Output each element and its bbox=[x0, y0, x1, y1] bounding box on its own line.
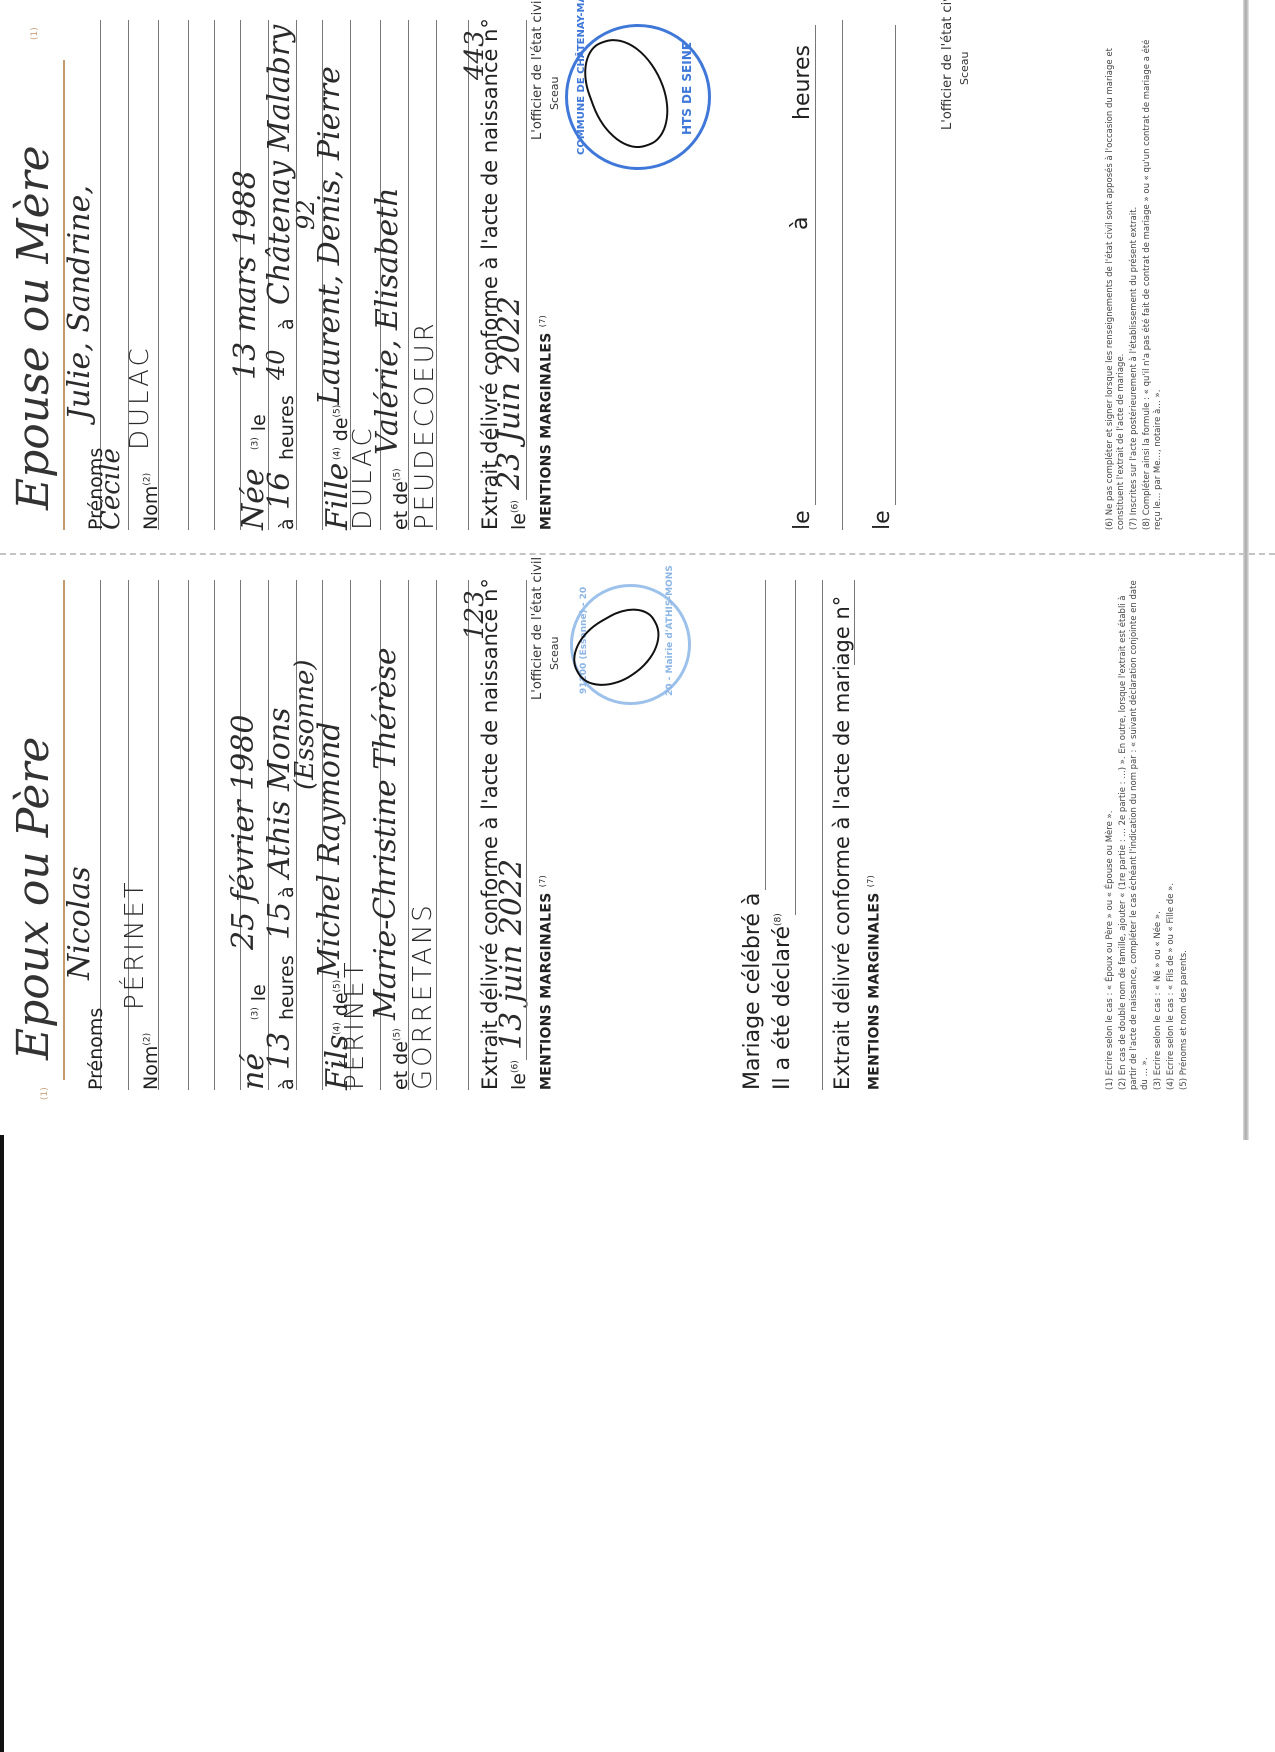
scanned-page: (1) Epouse ou Mère Prénoms Julie, Sandri… bbox=[0, 0, 1275, 1752]
le-line bbox=[815, 25, 816, 505]
prenoms-label: Prénoms bbox=[85, 1008, 107, 1090]
mariage-officer-label: L'officier de l'état civil bbox=[940, 0, 955, 130]
footnote: (2) En cas de double nom de famille, ajo… bbox=[1118, 580, 1151, 1090]
extrait-number: 123 bbox=[460, 590, 490, 640]
row-line bbox=[128, 580, 129, 1090]
officer-label: L'officier de l'état civil bbox=[530, 557, 545, 700]
mariage-extrait-label: Extrait délivré conforme à l'acte de mar… bbox=[830, 596, 854, 1090]
a-label: à bbox=[276, 1078, 298, 1090]
nom-value: PÉRINET bbox=[120, 879, 150, 1010]
footnote: (5) Prénoms et nom des parents. bbox=[1179, 580, 1190, 1090]
le-label: (3) le bbox=[248, 984, 270, 1020]
footnote: (8) Compléter ainsi la formule : « qu'il… bbox=[1142, 20, 1164, 530]
a-label: à bbox=[788, 217, 813, 230]
epoux-section: (1) Epoux ou Père Prénoms Nicolas Nom(2)… bbox=[0, 580, 1275, 1090]
hour-value: 13 bbox=[262, 1032, 297, 1070]
section-title: Epoux ou Père bbox=[8, 737, 59, 1060]
declare-line bbox=[795, 580, 796, 915]
le-label: le bbox=[790, 510, 815, 530]
mariage-celebre-label: Mariage célébré à bbox=[740, 893, 765, 1090]
footnote: (1) Ecrire selon le cas : « Époux ou Pèr… bbox=[1105, 580, 1116, 1090]
row-line bbox=[158, 580, 159, 1090]
row-line bbox=[842, 20, 843, 530]
footnote: (7) Inscrites sur l'acte postérieurement… bbox=[1129, 20, 1140, 530]
row-line bbox=[526, 580, 527, 1060]
row-line bbox=[214, 580, 215, 1090]
heures-label: heures bbox=[276, 955, 298, 1020]
note-ref: (1) bbox=[40, 1087, 50, 1100]
footnote: (4) Ecrire selon le cas : « Fils de » ou… bbox=[1166, 580, 1177, 1090]
mariage-celebre-line bbox=[765, 580, 766, 890]
heures-label: heures bbox=[790, 45, 815, 120]
minutes-value: 15 bbox=[262, 902, 297, 940]
a2-label: à bbox=[276, 886, 298, 898]
sceau-label: Sceau bbox=[548, 636, 561, 670]
extrait-le-label: le(6) bbox=[508, 1060, 530, 1090]
mother-surname-value: GORRETANS bbox=[408, 902, 438, 1090]
birth-date-value: 25 février 1980 bbox=[226, 715, 261, 950]
mariage-right-block: le à heures le L'officier de l'état civi… bbox=[0, 20, 1275, 530]
mother-value: Marie-Christine Thérèse bbox=[368, 647, 403, 1020]
stamp-text-bottom: 20 - Mairie d'ATHIS-MONS bbox=[665, 565, 675, 696]
row-line bbox=[468, 580, 469, 1090]
prenoms-value: Nicolas bbox=[62, 866, 97, 980]
father-value: Michel Raymond bbox=[312, 722, 347, 978]
declare-line-2 bbox=[822, 580, 823, 1090]
mariage-number-line bbox=[854, 580, 855, 665]
mariage-mentions-label: MENTIONS MARGINALES (7) bbox=[866, 875, 883, 1090]
le2-label: le bbox=[870, 510, 895, 530]
title-underline bbox=[63, 580, 65, 1080]
extrait-date: 13 juin 2022 bbox=[494, 859, 529, 1050]
father-surname-value: PÉRINET bbox=[340, 959, 370, 1090]
declare-label: Il a été déclaré(8) bbox=[770, 913, 795, 1090]
mariage-sceau-label: Sceau bbox=[958, 51, 971, 85]
row-line bbox=[188, 580, 189, 1090]
marriage-certificate-document: (1) Epouse ou Mère Prénoms Julie, Sandri… bbox=[0, 0, 1275, 1752]
footnotes-right: (6) Ne pas compléter et signer lorsque l… bbox=[1105, 20, 1166, 530]
page-fold-line bbox=[0, 553, 1275, 555]
footnote: (3) Ecrire selon le cas : « Né » ou « Né… bbox=[1153, 580, 1164, 1090]
le2-line bbox=[895, 25, 896, 505]
mentions-marginales-label: MENTIONS MARGINALES (7) bbox=[538, 875, 555, 1090]
footnotes-left: (1) Ecrire selon le cas : « Époux ou Pèr… bbox=[1105, 580, 1192, 1090]
footnote: (6) Ne pas compléter et signer lorsque l… bbox=[1105, 20, 1127, 530]
